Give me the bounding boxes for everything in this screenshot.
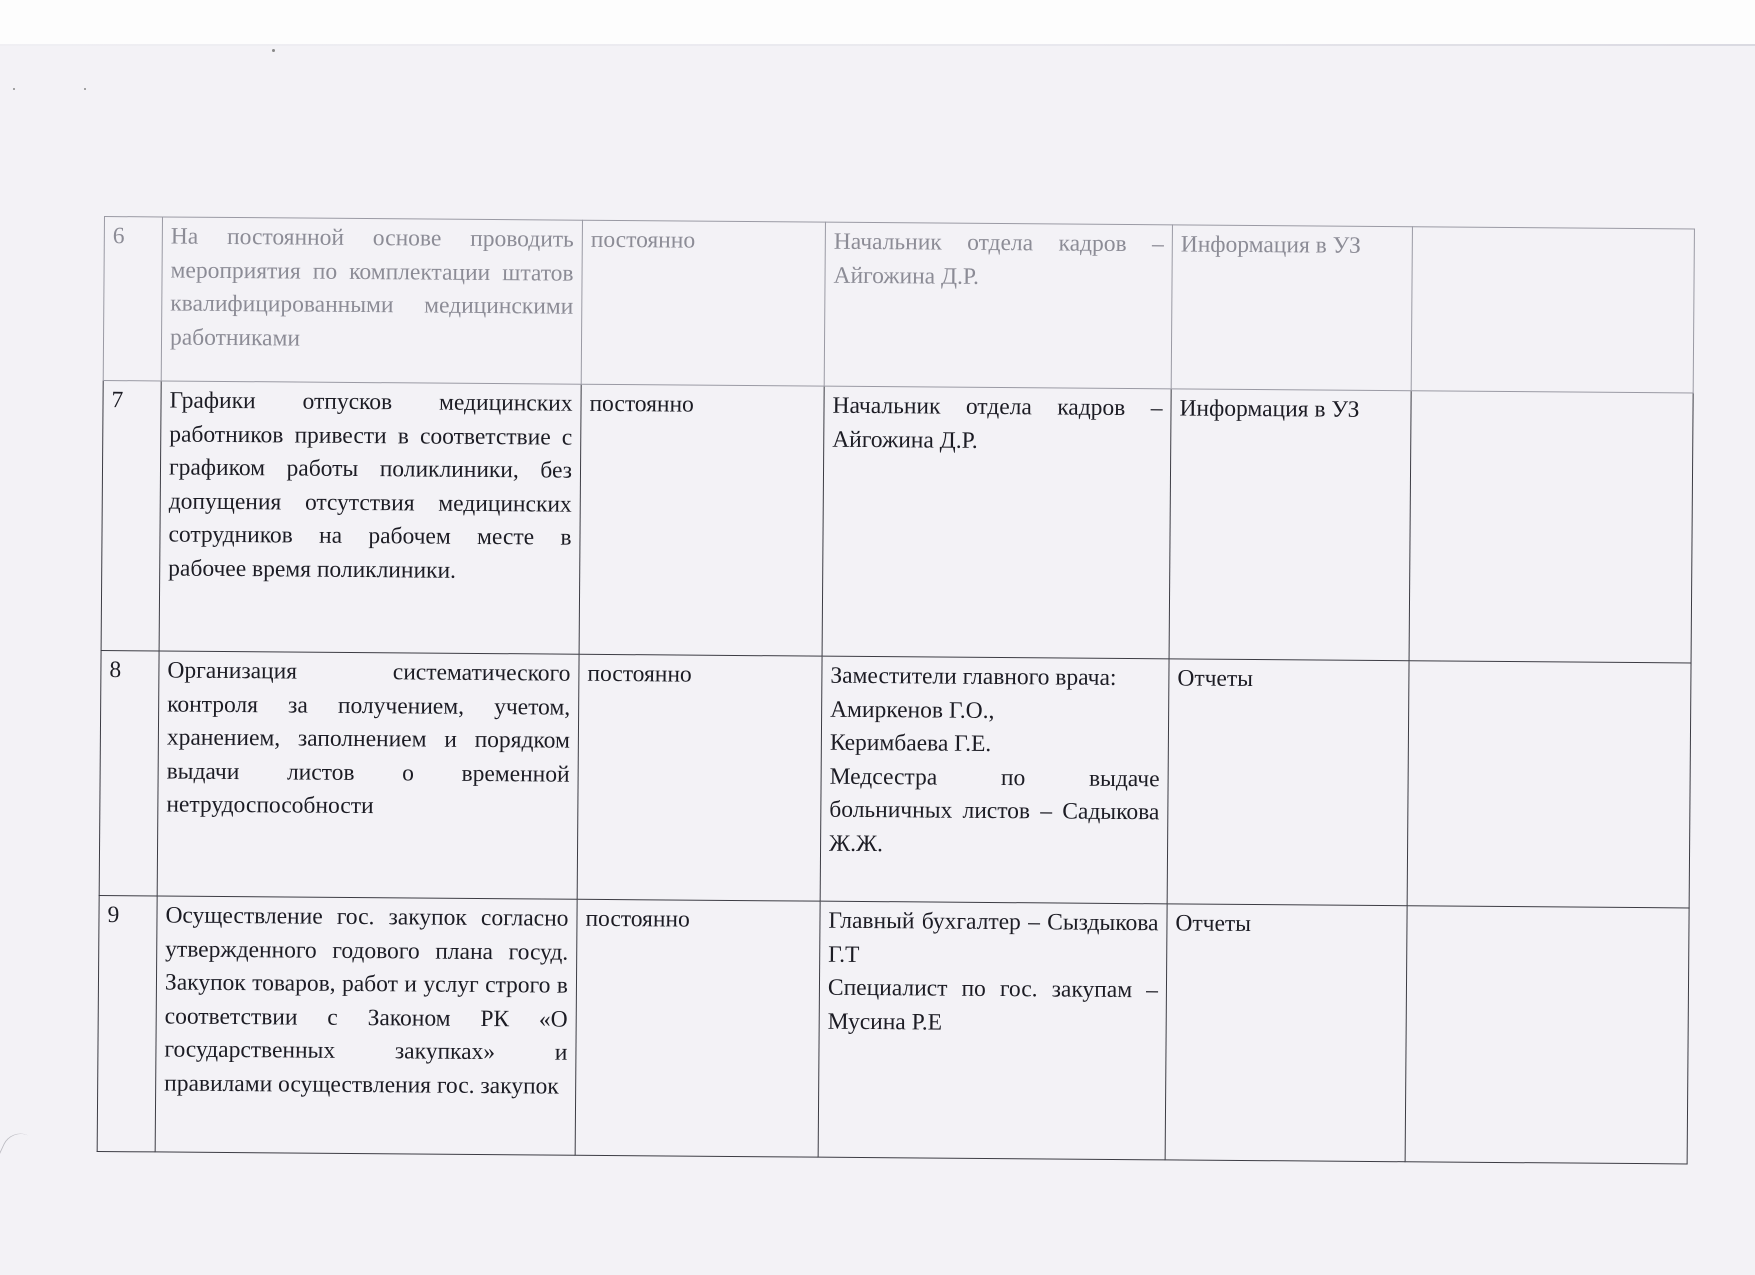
scan-artifact: [0, 1127, 28, 1162]
responsible-line: Главный бухгалтер – Сыздыкова Г.Т: [828, 905, 1159, 975]
mark-cell: [1407, 661, 1691, 908]
scanner-margin: [0, 0, 1755, 44]
responsible-line: Начальник отдела кадров – Айгожина Д.Р.: [832, 390, 1163, 460]
term-cell: постоянно: [575, 899, 820, 1157]
document-page: 6 На постоянной основе проводить меропри…: [97, 216, 1694, 1164]
responsible-line: Медсестра по выдаче больничных листов – …: [829, 760, 1160, 863]
table-row: 6 На постоянной основе проводить меропри…: [103, 217, 1694, 393]
row-number: 7: [101, 380, 161, 650]
responsible-cell: Начальник отдела кадров – Айгожина Д.Р.: [822, 386, 1171, 659]
action-plan-table: 6 На постоянной основе проводить меропри…: [97, 216, 1695, 1164]
term-cell: постоянно: [577, 654, 822, 901]
task-cell: Графики отпусков медицинских работников …: [159, 381, 581, 654]
responsible-cell: Начальник отдела кадров – Айгожина Д.Р.: [824, 222, 1172, 389]
report-form-cell: Отчеты: [1165, 904, 1407, 1162]
scan-speck: [84, 88, 86, 90]
mark-cell: [1405, 906, 1689, 1164]
responsible-cell: Главный бухгалтер – Сыздыкова Г.Т Специа…: [818, 901, 1167, 1160]
row-number: 8: [99, 650, 159, 895]
task-cell: Осуществление гос. закупок согласно утве…: [155, 896, 577, 1155]
table-row: 9 Осуществление гос. закупок согласно ут…: [97, 895, 1689, 1163]
responsible-line: Специалист по гос. закупам – Мусина Р.Е: [828, 972, 1159, 1042]
mark-cell: [1409, 391, 1693, 663]
row-number: 9: [97, 895, 157, 1151]
responsible-line: Амиркенов Г.О.,: [830, 693, 1160, 729]
row-number: 6: [103, 217, 162, 381]
table-row: 8 Организация систематического контроля …: [99, 650, 1691, 907]
report-form-cell: Отчеты: [1167, 659, 1409, 906]
scan-speck: [272, 49, 275, 52]
report-form-cell: Информация в УЗ: [1171, 225, 1412, 391]
paper-edge: [0, 44, 1755, 46]
responsible-cell: Заместители главного врача: Амиркенов Г.…: [820, 656, 1169, 904]
responsible-line: Керимбаева Г.Е.: [830, 727, 1160, 763]
term-cell: постоянно: [579, 384, 824, 656]
report-form-cell: Информация в УЗ: [1169, 389, 1411, 661]
term-cell: постоянно: [581, 220, 825, 386]
table-row: 7 Графики отпусков медицинских работнико…: [101, 380, 1693, 662]
responsible-line: Начальник отдела кадров – Айгожина Д.Р.: [833, 226, 1164, 296]
responsible-line: Заместители главного врача:: [830, 660, 1160, 696]
scan-speck: [13, 88, 15, 90]
task-cell: На постоянной основе проводить мероприят…: [161, 217, 582, 384]
task-cell: Организация систематического контроля за…: [157, 651, 579, 899]
mark-cell: [1411, 227, 1694, 393]
